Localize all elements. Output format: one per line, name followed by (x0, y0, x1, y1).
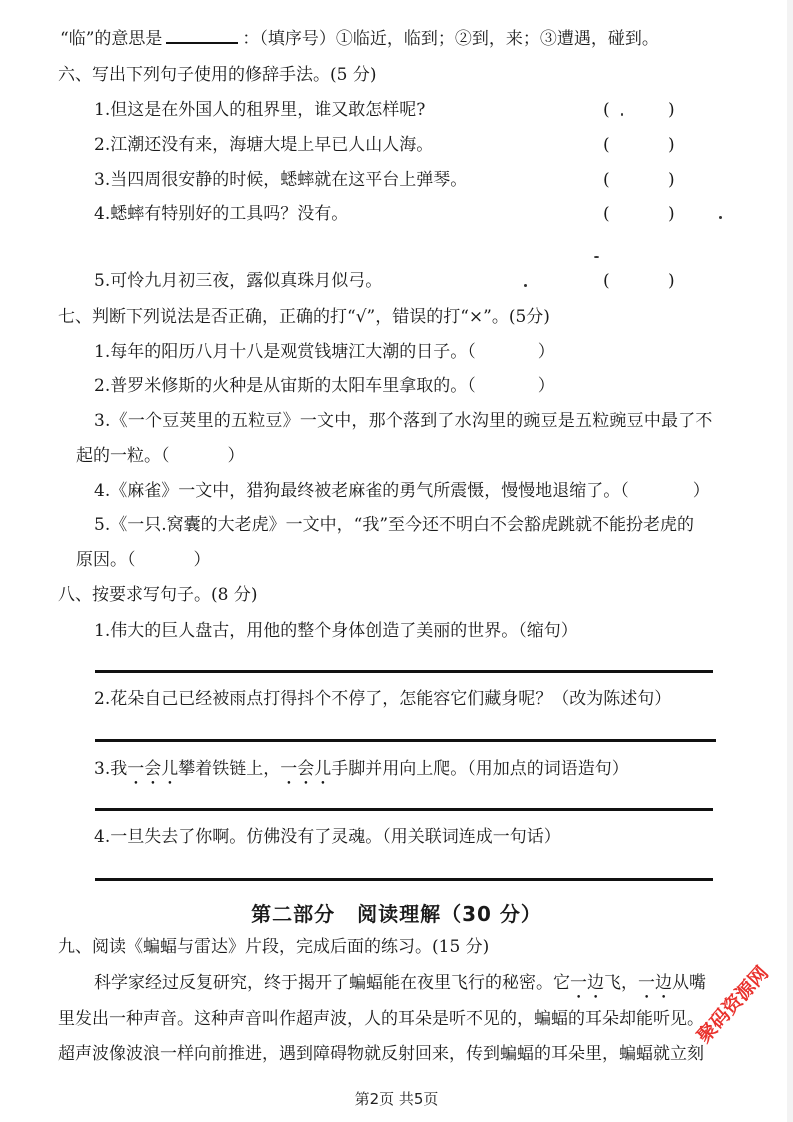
passage-text: 从嘴 (672, 973, 706, 993)
section7-item-3-text: 起的一粒。（ (76, 446, 170, 466)
section7-heading: 七、判断下列说法是否正确，正确的打“√”，错误的打“×”。(5分) (58, 306, 550, 328)
section7-item-4-text: 4.《麻雀》一文中，猎狗最终被老麻雀的勇气所震慑，慢慢地退缩了。（ (94, 481, 629, 501)
item-text: 3.我 (94, 759, 127, 779)
answer-paren-close: ) (668, 134, 675, 156)
passage-line-2: 里发出一种声音。这种声音叫作超声波，人的耳朵是听不见的，蝙蝠的耳朵却能听见。 (58, 1008, 704, 1030)
answer-paren-open: ( (603, 134, 610, 156)
scan-speck (594, 256, 599, 258)
section6-heading: 六、写出下列句子使用的修辞手法。(5 分) (58, 64, 376, 86)
section7-item-5-text: 原因。（ (76, 550, 136, 570)
scan-speck (524, 284, 527, 287)
section6-item-2: 2.江潮还没有来，海塘大堤上早已人山人海。 (94, 134, 433, 156)
part2-title-part: 第二部分 (251, 902, 335, 926)
section7-item-1: 1.每年的阳历八月十八是观赏钱塘江大潮的日子。（） (94, 341, 555, 363)
answer-paren-close: ) (668, 99, 675, 121)
section7-item-3-line2: 起的一粒。（） (76, 445, 245, 467)
section7-item-1-text: 1.每年的阳历八月十八是观赏钱塘江大潮的日子。（ (94, 342, 476, 362)
section8-item-1: 1.伟大的巨人盘古，用他的整个身体创造了美丽的世界。（缩句） (94, 620, 578, 642)
section8-heading: 八、按要求写句子。(8 分) (58, 584, 257, 606)
passage-line-1: 科学家经过反复研究，终于揭开了蝙蝠能在夜里飞行的秘密。它一边飞，一边从嘴 (94, 972, 706, 1003)
answer-paren-open: ( (603, 99, 610, 121)
section9-heading: 九、阅读《蝙蝠与雷达》片段，完成后面的练习。(15 分) (58, 936, 489, 958)
part2-title: 第二部分阅读理解（30 分） (0, 898, 793, 927)
dotted-word: 一会儿 (280, 759, 331, 779)
dotted-word: 一边 (638, 973, 672, 993)
section8-item-4: 4.一旦失去了你啊。仿佛没有了灵魂。（用关联词连成一句话） (94, 826, 561, 848)
passage-line-3: 超声波像波浪一样向前推进，遇到障碍物就反射回来，传到蝙蝠的耳朵里，蝙蝠就立刻 (58, 1043, 704, 1065)
section6-item-1: 1.但这是在外国人的租界里，谁又敢怎样呢? (94, 99, 425, 121)
passage-text: 飞， (604, 973, 638, 993)
answer-paren-close: ） (693, 481, 710, 501)
section7-item-5-line2: 原因。（） (76, 549, 211, 571)
section7-item-5-line1: 5.《一只.窝囊的大老虎》一文中，“我”至今还不明白不会豁虎跳就不能扮老虎的 (94, 514, 694, 536)
item-text: 手脚并用向上爬。（用加点的词语造句） (331, 759, 629, 779)
section7-item-4: 4.《麻雀》一文中，猎狗最终被老麻雀的勇气所震慑，慢慢地退缩了。（） (94, 480, 710, 502)
meaning-question-options: ：（填序号）①临近，临到；②到，来；③遭遇，碰到。 (242, 29, 659, 49)
section8-item-2: 2.花朵自己已经被雨点打得抖个不停了，怎能容它们藏身呢？（改为陈述句） (94, 688, 671, 710)
page-edge (787, 0, 793, 1122)
section6-item-4: 4.蟋蟀有特别好的工具吗？没有。 (94, 203, 348, 225)
answer-paren-close: ) (668, 203, 675, 225)
scan-speck (621, 113, 623, 116)
section6-item-3: 3.当四周很安静的时候，蟋蟀就在这平台上弹琴。 (94, 169, 467, 191)
answer-paren-close: ) (668, 169, 675, 191)
answer-paren-close: ) (668, 270, 675, 292)
answer-paren-open: ( (603, 203, 610, 225)
section7-item-2-text: 2.普罗米修斯的火种是从宙斯的太阳车里拿取的。（ (94, 376, 476, 396)
answer-paren-close: ） (194, 550, 211, 570)
answer-blank[interactable] (166, 28, 238, 44)
part2-title-topic: 阅读理解（30 分） (357, 902, 542, 926)
section7-item-2: 2.普罗米修斯的火种是从宙斯的太阳车里拿取的。（） (94, 375, 555, 397)
answer-line[interactable] (95, 808, 713, 811)
answer-line[interactable] (95, 878, 713, 881)
dotted-word: 一边 (570, 973, 604, 993)
section8-item-3: 3.我一会儿攀着铁链上，一会儿手脚并用向上爬。（用加点的词语造句） (94, 758, 629, 789)
answer-line[interactable] (95, 739, 716, 742)
page-number: 第2页 共5页 (0, 1088, 793, 1109)
section6-item-5: 5.可怜九月初三夜，露似真珠月似弓。 (94, 270, 382, 292)
answer-paren-close: ） (228, 446, 245, 466)
meaning-question-prefix: “临”的意思是 (60, 29, 162, 49)
answer-paren-close: ） (538, 342, 555, 362)
item-text: 攀着铁链上， (178, 759, 280, 779)
answer-paren-close: ） (538, 376, 555, 396)
answer-paren-open: ( (603, 169, 610, 191)
passage-text: 科学家经过反复研究，终于揭开了蝙蝠能在夜里飞行的秘密。它 (94, 973, 570, 993)
meaning-question-line: “临”的意思是：（填序号）①临近，临到；②到，来；③遭遇，碰到。 (60, 28, 659, 50)
section7-item-3-line1: 3.《一个豆荚里的五粒豆》一文中，那个落到了水沟里的豌豆是五粒豌豆中最了不 (94, 410, 713, 432)
scan-speck (719, 216, 722, 219)
answer-line[interactable] (95, 670, 713, 673)
dotted-word: 一会儿 (127, 759, 178, 779)
answer-paren-open: ( (603, 270, 610, 292)
